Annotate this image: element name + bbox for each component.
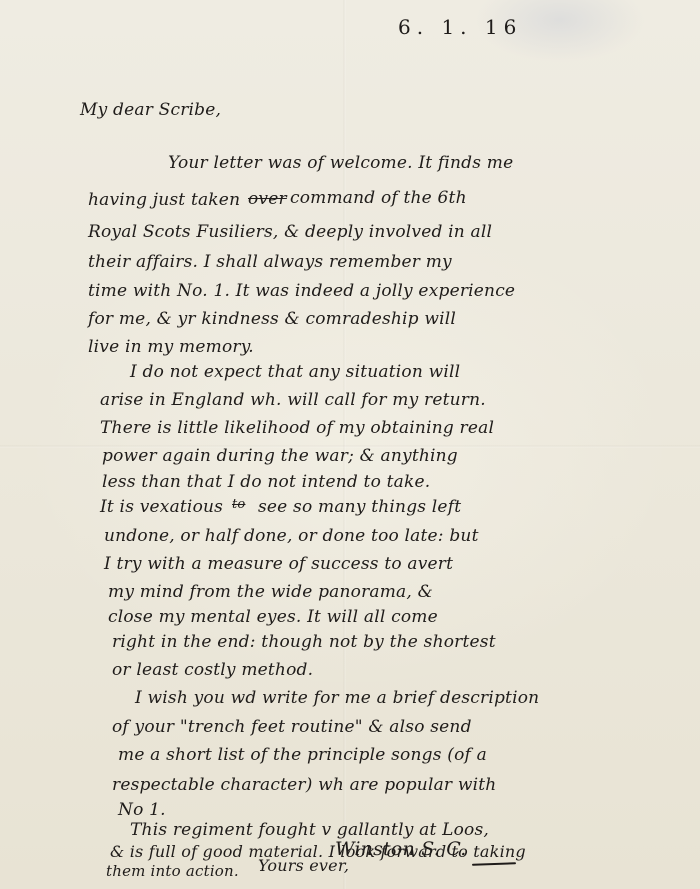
letter-line: for me, & yr kindness & comradeship will	[88, 309, 456, 329]
letter-line: them into action.	[106, 862, 239, 880]
letter-line: There is little likelihood of my obtaini…	[100, 418, 494, 438]
letter-line: me a short list of the principle songs (…	[118, 745, 487, 765]
letter-line: my mind from the wide panorama, &	[108, 582, 433, 602]
letter-line: I wish you wd write for me a brief descr…	[135, 688, 539, 708]
letter-signature: Winston S. C.	[335, 838, 467, 860]
letter-line: I try with a measure of success to avert	[104, 554, 453, 574]
letter-line: right in the end: though not by the shor…	[112, 632, 496, 652]
struck-word: to	[232, 497, 245, 512]
letter-line: arise in England wh. will call for my re…	[100, 390, 486, 410]
letter-line: close my mental eyes. It will all come	[108, 607, 438, 627]
letter-line: command of the 6th	[290, 188, 467, 208]
letter-salutation: My dear Scribe,	[80, 100, 221, 120]
letter-line: undone, or half done, or done too late: …	[104, 526, 479, 546]
letter-line: of your "trench feet routine" & also sen…	[112, 717, 472, 737]
letter-line: Royal Scots Fusiliers, & deeply involved…	[88, 222, 492, 242]
letter-line: This regiment fought v gallantly at Loos…	[130, 820, 489, 840]
letter-line: less than that I do not intend to take.	[102, 472, 430, 492]
letter-line: time with No. 1. It was indeed a jolly e…	[88, 281, 515, 301]
letter-line: respectable character) wh are popular wi…	[112, 775, 496, 795]
letter-line: see so many things left	[258, 497, 461, 517]
letter-line: No 1.	[118, 800, 166, 820]
letter-line: It is vexatious	[100, 497, 223, 517]
letter-line: I do not expect that any situation will	[130, 362, 460, 382]
letter-line: power again during the war; & anything	[102, 446, 458, 466]
struck-word: over	[248, 189, 287, 209]
letter-line: their affairs. I shall always remember m…	[88, 252, 452, 272]
letter-line: Your letter was of welcome. It finds me	[168, 153, 513, 173]
letter-line: or least costly method.	[112, 660, 313, 680]
letter-line: having just taken	[88, 190, 240, 210]
letter-line: live in my memory.	[88, 337, 254, 357]
letter-date: 6. 1. 16	[398, 15, 522, 39]
